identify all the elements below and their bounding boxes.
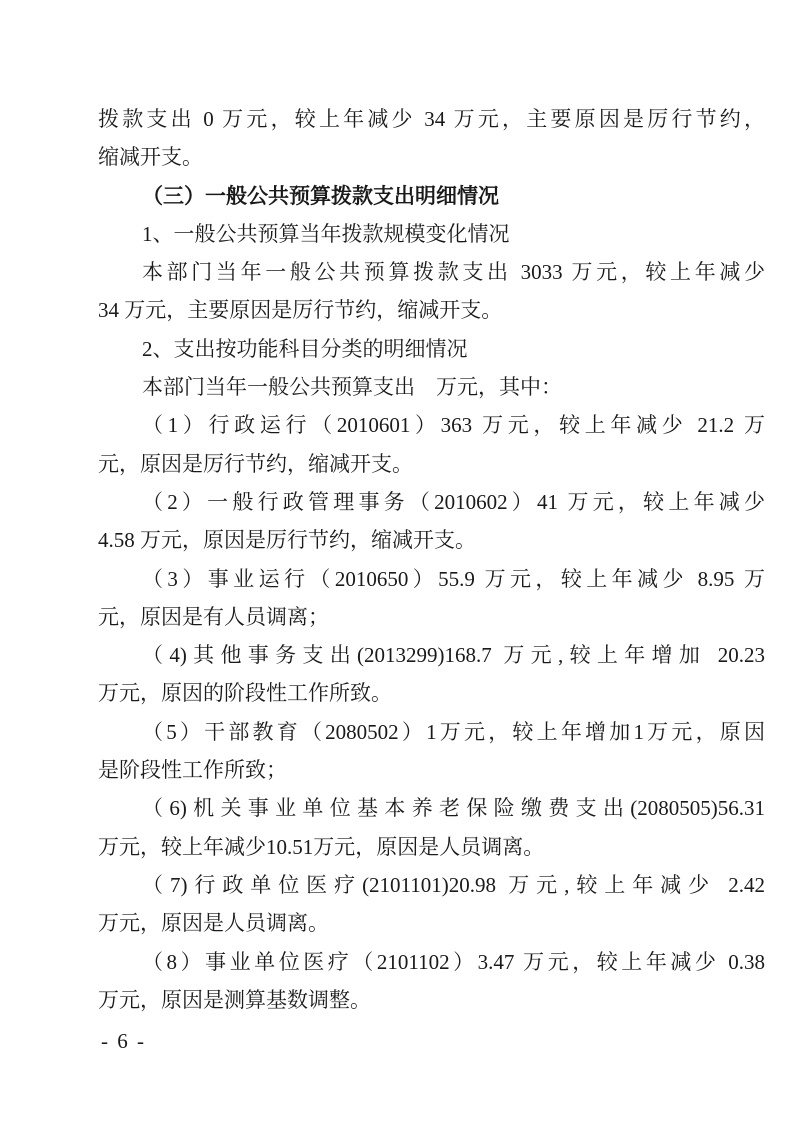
text-line: 万元，原因是人员调离。 bbox=[98, 904, 765, 942]
text-line: （5）干部教育（2080502）1万元，较上年增加1万元，原因 bbox=[98, 713, 765, 751]
text-line: 元，原因是厉行节约，缩减开支。 bbox=[98, 445, 765, 483]
text-line: 万元，原因是测算基数调整。 bbox=[98, 981, 765, 1019]
text-line: （6)机关事业单位基本养老保险缴费支出(2080505)56.31 bbox=[98, 789, 765, 827]
text-line: 是阶段性工作所致； bbox=[98, 751, 765, 789]
text-line: 万元，原因的阶段性工作所致。 bbox=[98, 674, 765, 712]
text-line: 2、支出按功能科目分类的明细情况 bbox=[98, 330, 765, 368]
text-line: （8）事业单位医疗（2101102）3.47 万元，较上年减少 0.38 bbox=[98, 943, 765, 981]
text-line: （4)其他事务支出(2013299)168.7 万元,较上年增加 20.23 bbox=[98, 636, 765, 674]
text-line: 本部门当年一般公共预算拨款支出 3033 万元，较上年减少 bbox=[98, 253, 765, 291]
text-line: 本部门当年一般公共预算支出 万元，其中： bbox=[98, 368, 765, 406]
text-line: 元，原因是有人员调离； bbox=[98, 598, 765, 636]
text-line: 万元，较上年减少10.51万元，原因是人员调离。 bbox=[98, 828, 765, 866]
text-line: 1、一般公共预算当年拨款规模变化情况 bbox=[98, 215, 765, 253]
text-line: 4.58 万元，原因是厉行节约，缩减开支。 bbox=[98, 521, 765, 559]
text-line: 拨款支出 0 万元，较上年减少 34 万元，主要原因是厉行节约， bbox=[98, 100, 765, 138]
document-page: 拨款支出 0 万元，较上年减少 34 万元，主要原因是厉行节约， 缩减开支。 （… bbox=[0, 0, 793, 1122]
text-line: （7)行政单位医疗(2101101)20.98 万元,较上年减少 2.42 bbox=[98, 866, 765, 904]
text-line: （2）一般行政管理事务（2010602）41 万元，较上年减少 bbox=[98, 483, 765, 521]
text-line: （3）事业运行（2010650）55.9 万元，较上年减少 8.95 万 bbox=[98, 560, 765, 598]
body-text: 拨款支出 0 万元，较上年减少 34 万元，主要原因是厉行节约， 缩减开支。 （… bbox=[98, 100, 765, 1019]
text-line: 缩减开支。 bbox=[98, 138, 765, 176]
text-line: 34 万元，主要原因是厉行节约，缩减开支。 bbox=[98, 291, 765, 329]
page-number: - 6 - bbox=[101, 1026, 146, 1056]
section-heading: （三）一般公共预算拨款支出明细情况 bbox=[98, 177, 765, 215]
text-line: （1）行政运行（2010601）363 万元，较上年减少 21.2 万 bbox=[98, 406, 765, 444]
